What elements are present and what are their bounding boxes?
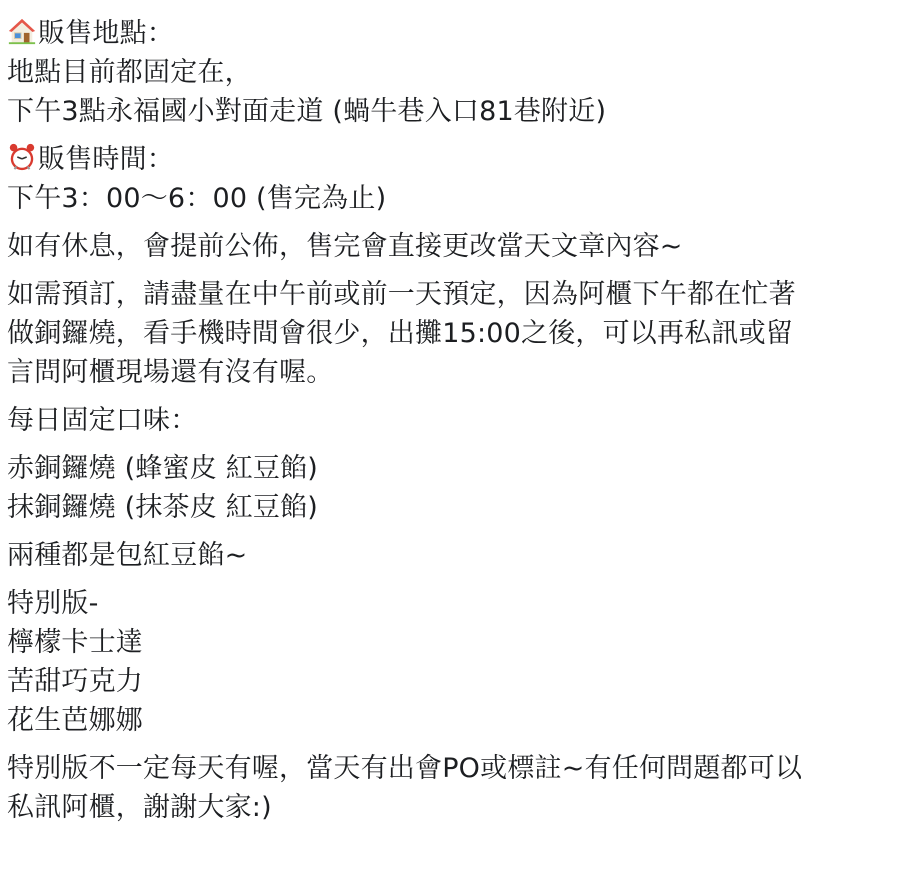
rest-notice: 如有休息，會提前公佈，售完會直接更改當天文章內容~: [7, 227, 920, 266]
time-section: 販售時間： 下午3：00～6：00 (售完為止): [7, 140, 920, 218]
time-heading-text: 販售時間：: [38, 144, 174, 175]
text-line: 每日固定口味：: [7, 401, 920, 440]
text-line: 言問阿櫃現場還有沒有喔。: [7, 353, 920, 392]
location-heading-text: 販售地點：: [38, 18, 174, 49]
closing-note: 特別版不一定每天有喔，當天有出會PO或標註~有任何問題都可以 私訊阿櫃，謝謝大家…: [7, 749, 920, 827]
special-edition-heading: 特別版-: [7, 584, 920, 623]
location-section: 販售地點： 地點目前都固定在， 下午3點永福國小對面走道 (蝸牛巷入口81巷附近…: [7, 14, 920, 131]
location-heading: 販售地點：: [7, 14, 920, 53]
text-line: 地點目前都固定在，: [7, 53, 920, 92]
text-line: 特別版不一定每天有喔，當天有出會PO或標註~有任何問題都可以: [7, 749, 920, 788]
special-flavor-item: 花生芭娜娜: [7, 701, 920, 740]
text-line: 兩種都是包紅豆餡~: [7, 536, 920, 575]
text-line: 如有休息，會提前公佈，售完會直接更改當天文章內容~: [7, 227, 920, 266]
flavor-item: 赤銅鑼燒 (蜂蜜皮 紅豆餡): [7, 449, 920, 488]
daily-flavors-heading: 每日固定口味：: [7, 401, 920, 440]
house-icon: [7, 16, 37, 46]
text-line: 下午3：00～6：00 (售完為止): [7, 179, 920, 218]
daily-flavors-list: 赤銅鑼燒 (蜂蜜皮 紅豆餡) 抹銅鑼燒 (抹茶皮 紅豆餡): [7, 449, 920, 527]
text-line: 做銅鑼燒，看手機時間會很少，出攤15:00之後，可以再私訊或留: [7, 314, 920, 353]
preorder-notice: 如需預訂，請盡量在中午前或前一天預定，因為阿櫃下午都在忙著 做銅鑼燒，看手機時間…: [7, 275, 920, 392]
time-heading: 販售時間：: [7, 140, 920, 179]
red-bean-note: 兩種都是包紅豆餡~: [7, 536, 920, 575]
text-line: 私訊阿櫃，謝謝大家:): [7, 788, 920, 827]
special-flavor-item: 檸檬卡士達: [7, 623, 920, 662]
special-edition: 特別版- 檸檬卡士達 苦甜巧克力 花生芭娜娜: [7, 584, 920, 740]
text-line: 下午3點永福國小對面走道 (蝸牛巷入口81巷附近): [7, 92, 920, 131]
flavor-item: 抹銅鑼燒 (抹茶皮 紅豆餡): [7, 488, 920, 527]
special-flavor-item: 苦甜巧克力: [7, 662, 920, 701]
text-line: 如需預訂，請盡量在中午前或前一天預定，因為阿櫃下午都在忙著: [7, 275, 920, 314]
alarm-clock-icon: [7, 142, 37, 172]
post-body: 販售地點： 地點目前都固定在， 下午3點永福國小對面走道 (蝸牛巷入口81巷附近…: [0, 0, 920, 827]
